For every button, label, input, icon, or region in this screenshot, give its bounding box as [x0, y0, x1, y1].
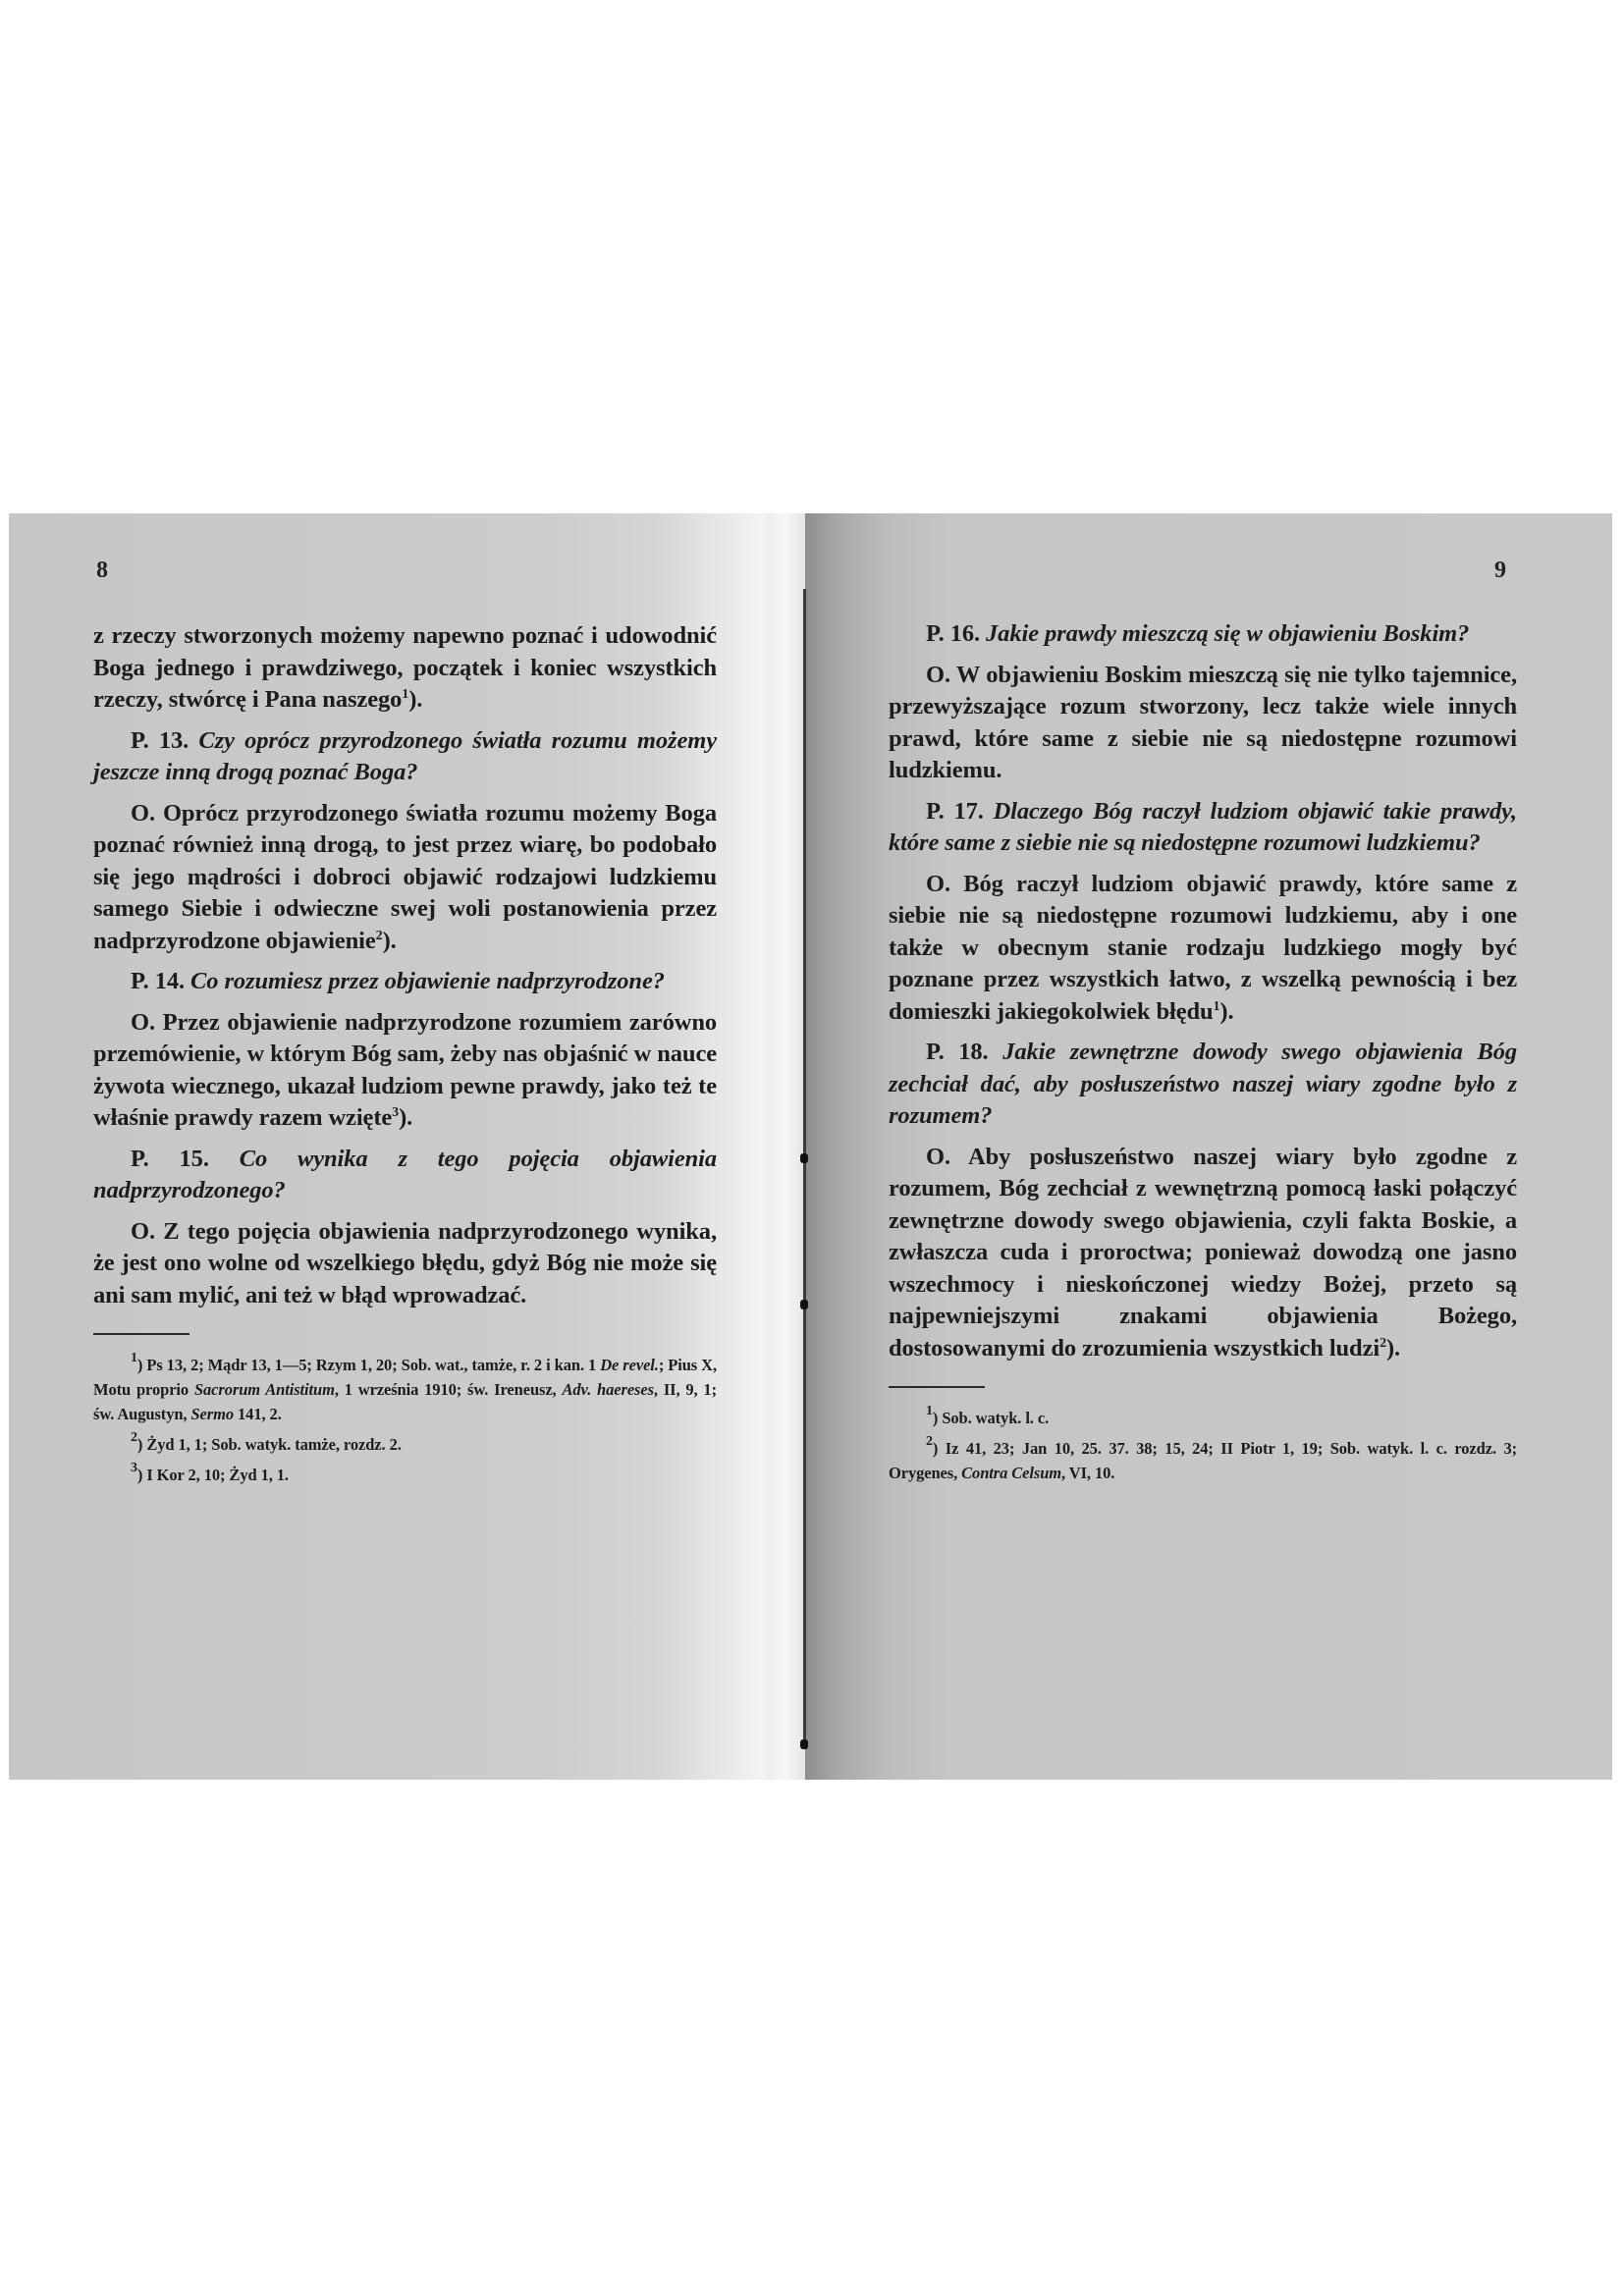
footnote-title: De revel. [600, 1356, 659, 1374]
right-page-body: P. 16. Jakie prawdy mieszczą się w objaw… [889, 618, 1517, 1491]
footnote-title: Sermo [190, 1405, 234, 1423]
question-paragraph: P. 15. Co wynika z tego pojęcia objawien… [93, 1144, 717, 1207]
closing-punctuation: ). [383, 928, 397, 954]
footnote-paren: ) [933, 1409, 942, 1427]
answer-text: W objawieniu Boskim mieszczą się nie tyl… [889, 662, 1517, 784]
answer-label: O. [926, 662, 956, 688]
closing-punctuation: ). [1386, 1335, 1400, 1362]
question-number: P. 18. [926, 1039, 1002, 1065]
closing-punctuation: ). [399, 1104, 412, 1131]
spine-line [803, 589, 806, 1747]
footnote-paren: ) [137, 1435, 146, 1454]
question-number: P. 16. [926, 620, 986, 647]
answer-paragraph: O. Aby posłuszeństwo naszej wiary było z… [889, 1142, 1517, 1365]
footnote-reference: 2 [1380, 1336, 1386, 1351]
answer-text: Aby posłuszeństwo naszej wiary było zgod… [889, 1144, 1517, 1362]
footnote-mark: 1 [926, 1404, 933, 1418]
footnote-paren: ) [933, 1439, 946, 1458]
answer-text: Bóg raczył ludziom objawić prawdy, które… [889, 871, 1517, 1025]
answer-label: O. [131, 800, 163, 827]
footnote-rule [889, 1386, 985, 1388]
left-page-footnotes: 1) Ps 13, 2; Mądr 13, 1—5; Rzym 1, 20; S… [93, 1353, 717, 1487]
footnote-text: , VI, 10. [1061, 1464, 1114, 1482]
footnote-mark: 2 [926, 1434, 933, 1449]
footnote-title: Contra Celsum [961, 1464, 1061, 1482]
question-paragraph: P. 18. Jakie zewnętrzne dowody swego obj… [889, 1037, 1517, 1133]
answer-text: Oprócz przyrodzonego światła rozumu może… [93, 800, 717, 954]
answer-text: Z tego pojęcia objawienia nadprzyrodzone… [93, 1218, 717, 1308]
question-number: P. 17. [926, 798, 994, 825]
answer-paragraph: O. Oprócz przyrodzonego światła rozumu m… [93, 798, 717, 958]
footnote: 3) I Kor 2, 10; Żyd 1, 1. [93, 1463, 717, 1487]
binding-mark [800, 1739, 808, 1749]
answer-paragraph: z rzeczy stworzonych możemy napewno pozn… [93, 620, 717, 717]
right-page-footnotes: 1) Sob. watyk. l. c.2) Iz 41, 23; Jan 10… [889, 1406, 1517, 1485]
closing-punctuation: ). [408, 686, 422, 713]
question-number: P. 13. [131, 727, 198, 754]
footnote-mark: 1 [131, 1351, 137, 1365]
footnote-reference: 2 [376, 929, 383, 943]
answer-label: O. [926, 871, 963, 897]
binding-mark [800, 1153, 808, 1163]
footnote: 2) Żyd 1, 1; Sob. watyk. tamże, rozdz. 2… [93, 1432, 717, 1457]
left-page-body: z rzeczy stworzonych możemy napewno pozn… [93, 620, 717, 1493]
question-paragraph: P. 17. Dlaczego Bóg raczył ludziom objaw… [889, 796, 1517, 860]
footnote-text: 141, 2. [234, 1405, 282, 1423]
footnote-text: , 1 września 1910; św. Ireneusz, [335, 1380, 563, 1399]
question-number: P. 14. [131, 968, 190, 994]
binding-mark [800, 1300, 808, 1309]
footnote-text: Żyd 1, 1; Sob. watyk. tamże, rozdz. 2. [146, 1435, 401, 1454]
footnote-title: Adv. haereses [562, 1380, 653, 1399]
question-paragraph: P. 14. Co rozumiesz przez objawienie nad… [93, 966, 717, 998]
question-text: Jakie prawdy mieszczą się w objawieniu B… [986, 620, 1469, 647]
footnote-title: Sacrorum Antistitum [194, 1380, 335, 1399]
footnote-mark: 3 [131, 1461, 137, 1475]
footnote: 2) Iz 41, 23; Jan 10, 25. 37. 38; 15, 24… [889, 1436, 1517, 1485]
footnote-text: Sob. watyk. l. c. [942, 1409, 1049, 1427]
right-page-paragraphs: P. 16. Jakie prawdy mieszczą się w objaw… [889, 618, 1517, 1364]
page-number-left: 8 [96, 558, 108, 584]
footnote-text: I Kor 2, 10; Żyd 1, 1. [146, 1466, 289, 1484]
question-paragraph: P. 16. Jakie prawdy mieszczą się w objaw… [889, 618, 1517, 651]
footnote-text: Ps 13, 2; Mądr 13, 1—5; Rzym 1, 20; Sob.… [146, 1356, 600, 1374]
answer-label: O. [131, 1009, 163, 1036]
closing-punctuation: ). [1219, 998, 1233, 1025]
question-text: Co rozumiesz przez objawienie nadprzyrod… [190, 968, 665, 994]
footnote-mark: 2 [131, 1430, 137, 1445]
answer-label: O. [926, 1144, 968, 1170]
footnote-paren: ) [137, 1466, 146, 1484]
question-paragraph: P. 13. Czy oprócz przyrodzonego światła … [93, 725, 717, 789]
answer-paragraph: O. Z tego pojęcia objawienia nadprzyrodz… [93, 1216, 717, 1312]
footnote: 1) Ps 13, 2; Mądr 13, 1—5; Rzym 1, 20; S… [93, 1353, 717, 1426]
gutter-highlight [766, 513, 805, 1780]
question-number: P. 15. [131, 1146, 240, 1172]
answer-paragraph: O. W objawieniu Boskim mieszczą się nie … [889, 660, 1517, 787]
page-number-right: 9 [1494, 558, 1506, 584]
answer-label: O. [131, 1218, 163, 1245]
footnote: 1) Sob. watyk. l. c. [889, 1406, 1517, 1430]
answer-paragraph: O. Bóg raczył ludziom objawić prawdy, kt… [889, 869, 1517, 1029]
footnote-rule [93, 1333, 189, 1335]
footnote-paren: ) [137, 1356, 146, 1374]
left-page-paragraphs: z rzeczy stworzonych możemy napewno pozn… [93, 620, 717, 1311]
answer-paragraph: O. Przez objawienie nadprzyrodzone rozum… [93, 1007, 717, 1135]
